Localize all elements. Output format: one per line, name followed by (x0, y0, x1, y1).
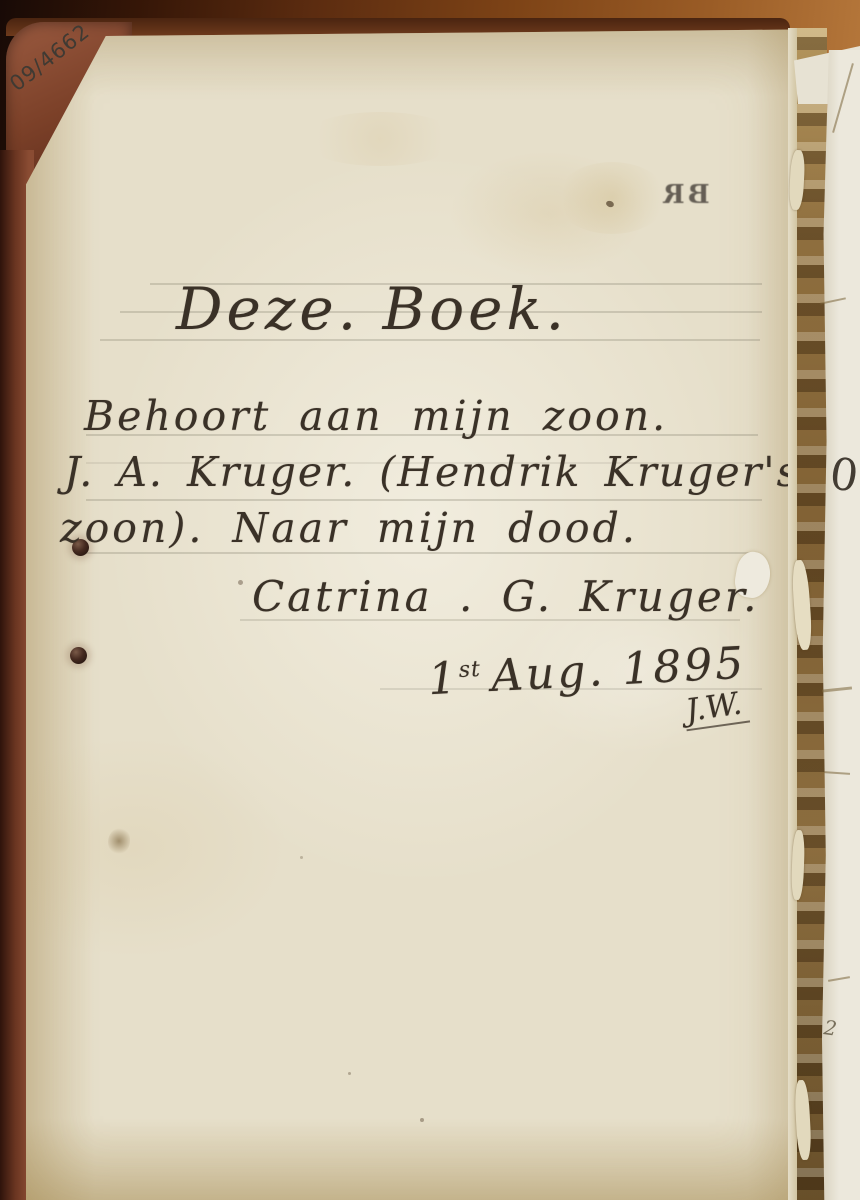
stain (300, 112, 460, 166)
ruled-line (86, 499, 762, 501)
ink-speck (238, 580, 243, 585)
inscription-line: Behoort aan mijn zoon. (84, 396, 668, 437)
ink-speck (300, 856, 303, 859)
ink-speck (420, 1118, 424, 1122)
book-photograph: 09/4662 BR Deze. Boek. Behoort aan mijn … (0, 0, 860, 1200)
date-day: 1 (427, 653, 461, 706)
inscription-title: Deze. Boek. (176, 280, 568, 338)
ruled-line (80, 552, 756, 554)
stain-blot (108, 828, 130, 854)
inscription-line: J. A. Kruger. (Hendrik Kruger's (64, 452, 800, 493)
printed-fragment-next-page: 0 (827, 448, 860, 502)
date-ordinal: st (458, 657, 481, 683)
inscription-line: zoon). Naar mijn dood. (60, 508, 638, 549)
stain (556, 162, 668, 234)
ink-speck (348, 1072, 351, 1075)
nail-head-spot (70, 647, 87, 664)
signature: Catrina . G. Kruger. (252, 576, 760, 618)
bleedthrough-text: BR (660, 180, 710, 210)
